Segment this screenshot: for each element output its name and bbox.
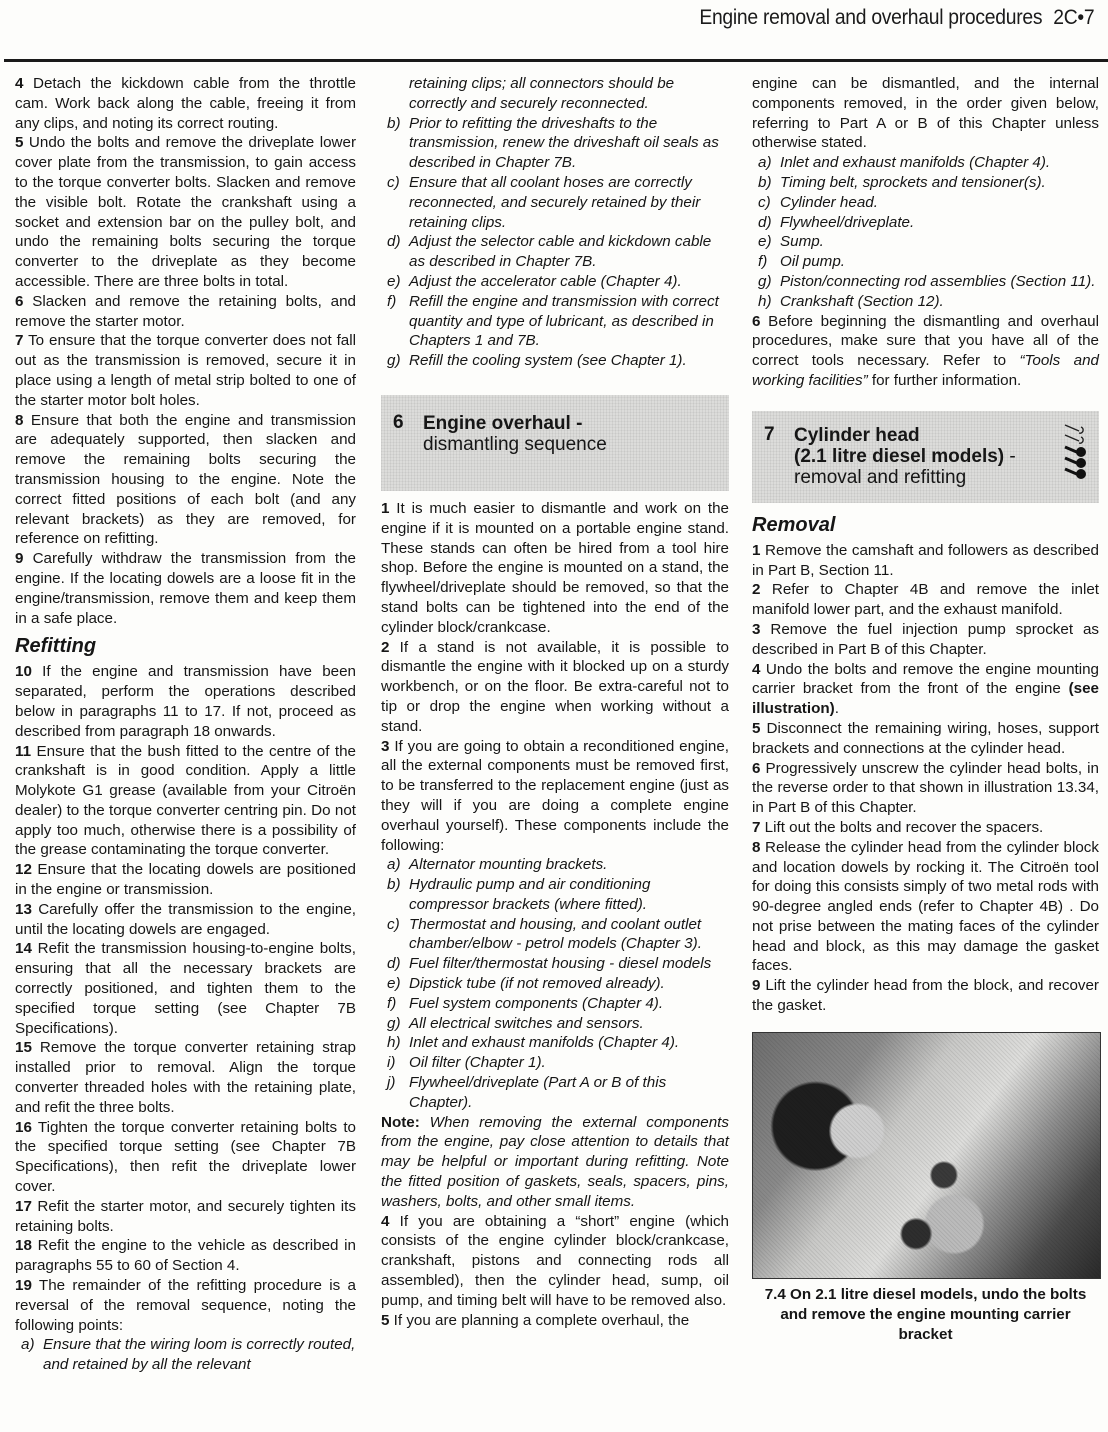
paragraph-13: 13 Carefully offer the transmission to t…: [15, 900, 356, 940]
list-item: e)Sump.: [752, 232, 1099, 252]
paragraph-6: 6 Slacken and remove the retaining bolts…: [15, 292, 356, 332]
list-item: g)Piston/connecting rod assemblies (Sect…: [752, 272, 1099, 292]
paragraph-9: 9 Lift the cylinder head from the block,…: [752, 976, 1099, 1016]
figure-caption: 7.4 On 2.1 litre diesel models, undo the…: [752, 1285, 1099, 1345]
paragraph-6: 6 Progressively unscrew the cylinder hea…: [752, 759, 1099, 818]
paragraph-16: 16 Tighten the torque converter retainin…: [15, 1118, 356, 1197]
wrench-icon: [1061, 421, 1087, 483]
list-item: e)Dipstick tube (if not removed already)…: [381, 974, 729, 994]
dismantling-order-list: a)Inlet and exhaust manifolds (Chapter 4…: [752, 153, 1099, 311]
list-item: f)Oil pump.: [752, 252, 1099, 272]
paragraph-5: 5 Disconnect the remaining wiring, hoses…: [752, 719, 1099, 759]
paragraph-18: 18 Refit the engine to the vehicle as de…: [15, 1236, 356, 1276]
refitting-points-list: a)Ensure that the wiring loom is correct…: [15, 1335, 356, 1375]
paragraph-15: 15 Remove the torque converter retaining…: [15, 1038, 356, 1117]
section-number: 7: [764, 425, 775, 445]
components-list: a)Alternator mounting brackets. b)Hydrau…: [381, 855, 729, 1112]
intro-paragraph: engine can be dismantled, and the intern…: [752, 74, 1099, 153]
paragraph-3: 3 Remove the fuel injection pump sprocke…: [752, 620, 1099, 660]
list-item: c)Thermostat and housing, and coolant ou…: [381, 915, 729, 955]
left-paragraphs-top: 4 Detach the kickdown cable from the thr…: [15, 74, 356, 628]
refitting-points-list-continued: retaining clips; all connectors should b…: [381, 74, 729, 371]
list-item: b)Timing belt, sprockets and tensioner(s…: [752, 173, 1099, 193]
right-column: engine can be dismantled, and the intern…: [752, 74, 1099, 1345]
section-7-heading: 7 Cylinder head (2.1 litre diesel models…: [752, 411, 1099, 503]
page-number: 2C•7: [1053, 6, 1094, 29]
paragraph-12: 12 Ensure that the locating dowels are p…: [15, 860, 356, 900]
list-item: h)Crankshaft (Section 12).: [752, 292, 1099, 312]
figure-7-4: 7.4 On 2.1 litre diesel models, undo the…: [752, 1032, 1099, 1345]
paragraph-17: 17 Refit the starter motor, and securely…: [15, 1197, 356, 1237]
paragraph-1: 1 Remove the camshaft and followers as d…: [752, 541, 1099, 581]
list-item: d)Fuel filter/thermostat housing - diese…: [381, 954, 729, 974]
paragraph-7: 7 Lift out the bolts and recover the spa…: [752, 818, 1099, 838]
list-item: b)Prior to refitting the driveshafts to …: [381, 114, 729, 173]
left-paragraphs-bottom: 10 If the engine and transmission have b…: [15, 662, 356, 1335]
subheading-removal: Removal: [752, 513, 1099, 537]
paragraph-10: 10 If the engine and transmission have b…: [15, 662, 356, 741]
list-item: a)Alternator mounting brackets.: [381, 855, 729, 875]
paragraph-2: 2 If a stand is not available, it is pos…: [381, 638, 729, 737]
list-item: d)Adjust the selector cable and kickdown…: [381, 232, 729, 272]
list-item: f)Fuel system components (Chapter 4).: [381, 994, 729, 1014]
list-item: c)Cylinder head.: [752, 193, 1099, 213]
list-item: a)Ensure that the wiring loom is correct…: [15, 1335, 356, 1375]
section-title: Engine overhaul - dismantling sequence: [423, 413, 607, 455]
note: Note: When removing the external compone…: [381, 1113, 729, 1212]
paragraph-8: 8 Release the cylinder head from the cyl…: [752, 838, 1099, 977]
paragraph-11: 11 Ensure that the bush fitted to the ce…: [15, 742, 356, 861]
list-item: g)Refill the cooling system (see Chapter…: [381, 351, 729, 371]
running-header-title: Engine removal and overhaul procedures: [699, 6, 1042, 29]
paragraph-9: 9 Carefully withdraw the transmission fr…: [15, 549, 356, 628]
middle-column: retaining clips; all connectors should b…: [381, 74, 729, 1330]
paragraph-4: 4 Undo the bolts and remove the engine m…: [752, 660, 1099, 719]
running-header: Engine removal and overhaul procedures2C…: [699, 6, 1094, 30]
paragraph-5: 5 Undo the bolts and remove the drivepla…: [15, 133, 356, 291]
header-rule: [4, 59, 1108, 62]
paragraph-6: 6 Before beginning the dismantling and o…: [752, 312, 1099, 391]
paragraph-3: 3 If you are going to obtain a reconditi…: [381, 737, 729, 856]
list-item: e)Adjust the accelerator cable (Chapter …: [381, 272, 729, 292]
paragraph-4: 4 If you are obtaining a “short” engine …: [381, 1212, 729, 1311]
engine-mounting-bracket-photo: [752, 1032, 1101, 1279]
list-item: g)All electrical switches and sensors.: [381, 1014, 729, 1034]
paragraph-4: 4 Detach the kickdown cable from the thr…: [15, 74, 356, 133]
list-item: h)Inlet and exhaust manifolds (Chapter 4…: [381, 1033, 729, 1053]
section-title: Cylinder head (2.1 litre diesel models) …: [794, 425, 1016, 488]
list-item: b)Hydraulic pump and air conditioning co…: [381, 875, 729, 915]
paragraph-19: 19 The remainder of the refitting proced…: [15, 1276, 356, 1335]
list-item: c)Ensure that all coolant hoses are corr…: [381, 173, 729, 232]
list-item: a)Inlet and exhaust manifolds (Chapter 4…: [752, 153, 1099, 173]
paragraph-1: 1 It is much easier to dismantle and wor…: [381, 499, 729, 638]
list-item: j)Flywheel/driveplate (Part A or B of th…: [381, 1073, 729, 1113]
left-column: 4 Detach the kickdown cable from the thr…: [15, 74, 356, 1375]
page-header: Engine removal and overhaul procedures2C…: [0, 0, 1108, 60]
paragraph-7: 7 To ensure that the torque converter do…: [15, 331, 356, 410]
paragraph-14: 14 Refit the transmission housing-to-eng…: [15, 939, 356, 1038]
paragraph-2: 2 Refer to Chapter 4B and remove the inl…: [752, 580, 1099, 620]
list-item: retaining clips; all connectors should b…: [381, 74, 729, 114]
section-number: 6: [393, 413, 404, 433]
list-item: i)Oil filter (Chapter 1).: [381, 1053, 729, 1073]
list-item: d)Flywheel/driveplate.: [752, 213, 1099, 233]
subheading-refitting: Refitting: [15, 634, 356, 658]
list-item: f)Refill the engine and transmission wit…: [381, 292, 729, 351]
paragraph-5: 5 If you are planning a complete overhau…: [381, 1311, 729, 1331]
paragraph-8: 8 Ensure that both the engine and transm…: [15, 411, 356, 550]
section-6-heading: 6 Engine overhaul - dismantling sequence: [381, 395, 729, 491]
